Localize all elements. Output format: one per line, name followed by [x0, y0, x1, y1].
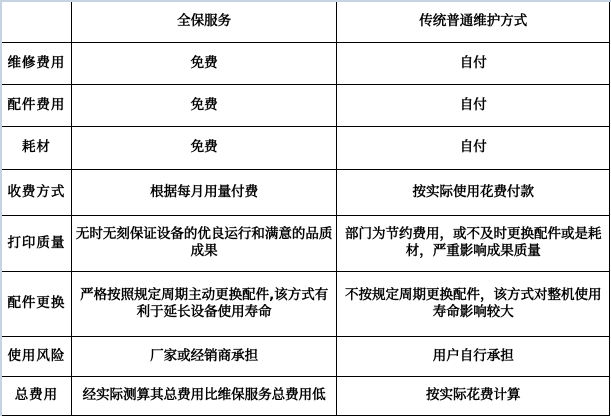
table-row: 收费方式 根据每月用量付费 按实际使用花费付款 [2, 169, 610, 215]
table-row: 耗材 免费 自付 [2, 126, 610, 169]
row-label: 收费方式 [2, 169, 71, 215]
traditional-cell: 部门为节约费用，或不及时更换配件或是耗材，严重影响成果质量 [337, 215, 610, 271]
traditional-cell: 自付 [337, 126, 610, 169]
full-service-cell: 无时无刻保证设备的优良运行和满意的品质成果 [71, 215, 337, 271]
header-full-service: 全保服务 [71, 2, 337, 42]
table-row: 使用风险 厂家或经销商承担 用户自行承担 [2, 336, 610, 376]
table-row: 配件更换 严格按照规定周期主动更换配件,该方式有利于延长设备使用寿命 不按规定周… [2, 271, 610, 336]
full-service-cell: 严格按照规定周期主动更换配件,该方式有利于延长设备使用寿命 [71, 271, 337, 336]
full-service-cell: 厂家或经销商承担 [71, 336, 337, 376]
header-row: 全保服务 传统普通维护方式 [2, 2, 610, 42]
full-service-cell: 免费 [71, 42, 337, 84]
comparison-table: 全保服务 传统普通维护方式 维修费用 免费 自付 配件费用 免费 自付 耗材 免… [2, 2, 610, 416]
row-label: 耗材 [2, 126, 71, 169]
full-service-cell: 经实际测算其总费用比维保服务总费用低 [71, 376, 337, 415]
traditional-cell: 自付 [337, 84, 610, 126]
traditional-cell: 按实际花费计算 [337, 376, 610, 415]
traditional-cell: 按实际使用花费付款 [337, 169, 610, 215]
header-corner-cell [2, 2, 71, 42]
row-label: 总费用 [2, 376, 71, 415]
full-service-cell: 免费 [71, 84, 337, 126]
row-label: 维修费用 [2, 42, 71, 84]
row-label: 使用风险 [2, 336, 71, 376]
full-service-cell: 免费 [71, 126, 337, 169]
header-traditional: 传统普通维护方式 [337, 2, 610, 42]
row-label: 配件更换 [2, 271, 71, 336]
traditional-cell: 用户自行承担 [337, 336, 610, 376]
row-label: 配件费用 [2, 84, 71, 126]
traditional-cell: 不按规定周期更换配件，该方式对整机使用寿命影响较大 [337, 271, 610, 336]
table-row: 维修费用 免费 自付 [2, 42, 610, 84]
traditional-cell: 自付 [337, 42, 610, 84]
table-row: 配件费用 免费 自付 [2, 84, 610, 126]
full-service-cell: 根据每月用量付费 [71, 169, 337, 215]
table-row: 打印质量 无时无刻保证设备的优良运行和满意的品质成果 部门为节约费用，或不及时更… [2, 215, 610, 271]
table-row: 总费用 经实际测算其总费用比维保服务总费用低 按实际花费计算 [2, 376, 610, 415]
row-label: 打印质量 [2, 215, 71, 271]
